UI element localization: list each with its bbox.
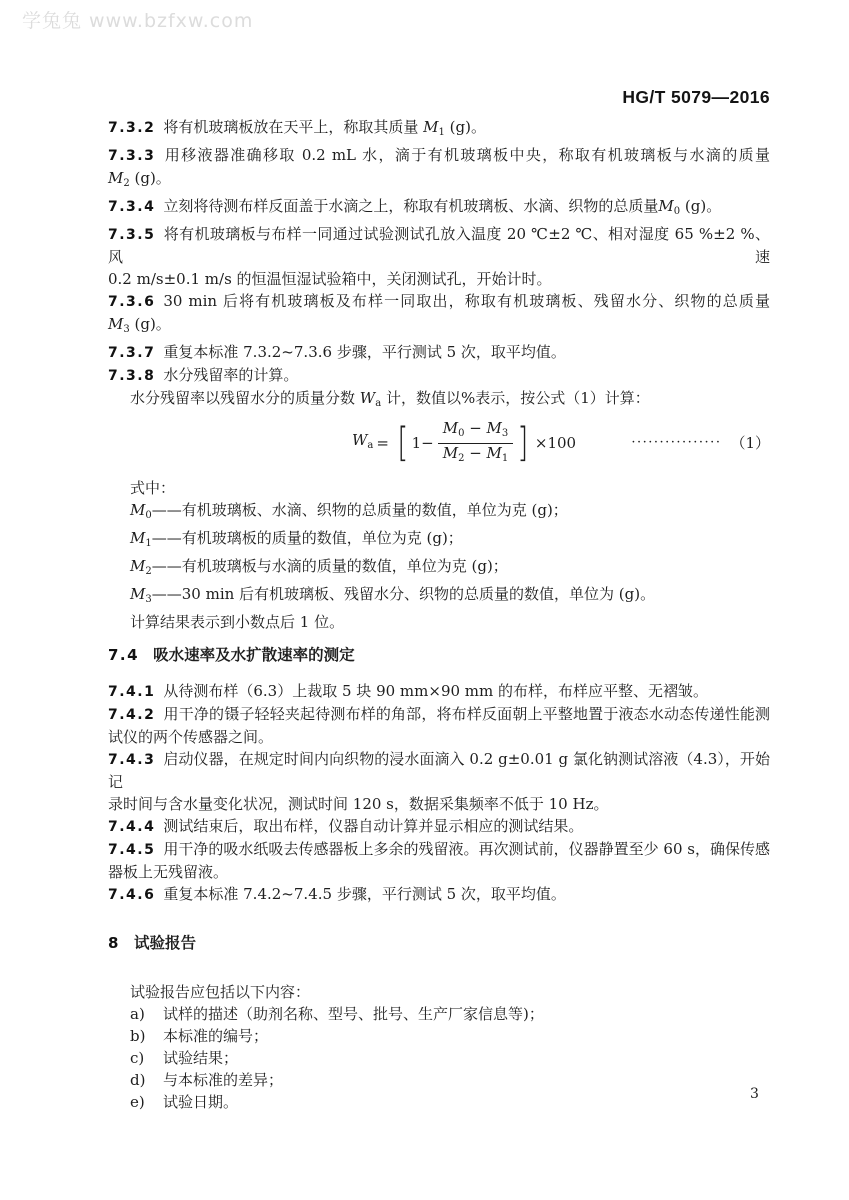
- clause-text: 从待测布样（6.3）上裁取 5 块 90 mm×90 mm 的布样，布样应平整、…: [163, 682, 708, 700]
- equation-number: （1）: [730, 432, 770, 454]
- page-number: 3: [750, 1086, 759, 1102]
- clause-number: 7.3.2: [108, 117, 155, 139]
- list-marker: d): [130, 1069, 163, 1091]
- section-title: 吸水速率及水扩散速率的测定: [153, 645, 355, 664]
- list-marker: b): [130, 1025, 163, 1047]
- clause-text: 立刻将待测布样反面盖于水滴之上，称取有机玻璃板、水滴、织物的总质量M0 (g)。: [163, 197, 721, 215]
- symbol: M2: [130, 557, 152, 575]
- document-body: 7.3.2将有机玻璃板放在天平上，称取其质量 M1 (g)。7.3.3用移液器准…: [108, 116, 770, 1113]
- clause-row: 7.4.6重复本标准 7.4.2~7.4.5 步骤，平行测试 5 次，取平均值。: [108, 883, 770, 906]
- clause-number: 7.4.2: [108, 704, 155, 726]
- clause-row: 7.3.630 min 后将有机玻璃板及布样一同取出，称取有机玻璃板、残留水分、…: [108, 290, 770, 313]
- clause-row: 7.4.5用干净的吸水纸吸去传感器板上多余的残留液。再次测试前，仪器静置至少 6…: [108, 838, 770, 861]
- clause-continuation: M3 (g)。: [108, 313, 770, 341]
- clause-text: 0.2 m/s±0.1 m/s 的恒温恒湿试验箱中，关闭测试孔，开始计时。: [108, 270, 552, 288]
- clause-row: 7.3.3用移液器准确移取 0.2 mL 水，滴于有机玻璃板中央，称取有机玻璃板…: [108, 144, 770, 167]
- clause-continuation: 器板上无残留液。: [108, 861, 770, 883]
- math-variable: M2: [108, 169, 130, 187]
- clause-row: 7.3.2将有机玻璃板放在天平上，称取其质量 M1 (g)。: [108, 116, 770, 144]
- clause-number: 7.4.6: [108, 884, 155, 906]
- times-100: ×100: [535, 432, 576, 454]
- clause-row: 7.3.7重复本标准 7.3.2~7.3.6 步骤，平行测试 5 次，取平均值。: [108, 341, 770, 364]
- section-title: 试验报告: [134, 933, 196, 952]
- right-bracket: ]: [518, 423, 529, 463]
- list-item: a)试样的描述（助剂名称、型号、批号、生产厂家信息等)；: [108, 1003, 770, 1025]
- clause-row: 7.4.2用干净的镊子轻轻夹起待测布样的角部，将布样反面朝上平整地置于液态水动态…: [108, 703, 770, 726]
- formula-block: Wa=[1−M0 − M3M2 − M1]×100···············…: [108, 415, 770, 471]
- clause-text: M2 (g)。: [108, 169, 171, 187]
- paragraph: 计算结果表示到小数点后 1 位。: [108, 611, 770, 633]
- clause-text: 用干净的镊子轻轻夹起待测布样的角部，将布样反面朝上平整地置于液态水动态传递性能测: [163, 705, 770, 723]
- math-variable: M0: [658, 197, 680, 215]
- equals-sign: =: [376, 432, 389, 454]
- symbol-description: ——有机玻璃板、水滴、织物的总质量的数值，单位为克 (g)；: [152, 501, 568, 519]
- paragraph: 水分残留率以残留水分的质量分数 Wa 计，数值以%表示，按公式（1）计算：: [108, 387, 770, 415]
- clause-row: 7.3.4立刻将待测布样反面盖于水滴之上，称取有机玻璃板、水滴、织物的总质量M0…: [108, 195, 770, 223]
- math-variable: M3: [130, 585, 152, 603]
- document-page: 学兔兔 www.bzfxw.com HG/T 5079—2016 7.3.2将有…: [0, 0, 849, 1200]
- watermark: 学兔兔 www.bzfxw.com: [22, 6, 253, 33]
- clause-text: 将有机玻璃板与布样一同通过试验测试孔放入温度 20 ℃±2 ℃、相对湿度 65 …: [108, 225, 770, 266]
- list-text: 试验日期。: [163, 1093, 238, 1111]
- one-minus: 1−: [412, 432, 434, 454]
- list-text: 试样的描述（助剂名称、型号、批号、生产厂家信息等)；: [163, 1005, 544, 1023]
- math-variable: M1: [423, 118, 445, 136]
- dot-leader: ················: [631, 432, 721, 454]
- section-number: 7.4: [108, 644, 139, 666]
- clause-continuation: M2 (g)。: [108, 167, 770, 195]
- clause-text: 启动仪器，在规定时间内向织物的浸水面滴入 0.2 g±0.01 g 氯化钠测试溶…: [108, 750, 770, 791]
- equation: Wa=[1−M0 − M3M2 − M1]×100: [352, 419, 576, 468]
- list-item: d)与本标准的差异；: [108, 1069, 770, 1091]
- clause-number: 7.3.7: [108, 342, 155, 364]
- denominator: M2 − M1: [438, 444, 514, 468]
- clause-continuation: 试仪的两个传感器之间。: [108, 726, 770, 748]
- paragraph: 式中：: [108, 477, 770, 499]
- clause-number: 7.3.8: [108, 365, 155, 387]
- symbol: M1: [130, 529, 152, 547]
- symbol-description: ——有机玻璃板与水滴的质量的数值，单位为克 (g)；: [152, 557, 508, 575]
- clause-text: 重复本标准 7.3.2~7.3.6 步骤，平行测试 5 次，取平均值。: [163, 343, 566, 361]
- list-marker: e): [130, 1091, 163, 1113]
- section-heading: 7.4吸水速率及水扩散速率的测定: [108, 644, 770, 666]
- clause-text: 器板上无残留液。: [108, 863, 228, 881]
- clause-text: 30 min 后将有机玻璃板及布样一同取出，称取有机玻璃板、残留水分、织物的总质…: [163, 292, 770, 310]
- math-variable: M0: [443, 419, 465, 437]
- clause-continuation: 录时间与含水量变化状况，测试时间 120 s，数据采集频率不低于 10 Hz。: [108, 793, 770, 815]
- clause-text: 用干净的吸水纸吸去传感器板上多余的残留液。再次测试前，仪器静置至少 60 s，确…: [163, 840, 770, 858]
- symbol-definition: M2——有机玻璃板与水滴的质量的数值，单位为克 (g)；: [108, 555, 770, 583]
- numerator: M0 − M3: [438, 419, 514, 444]
- list-item: b)本标准的编号；: [108, 1025, 770, 1047]
- math-variable: M3: [487, 419, 509, 437]
- clause-continuation: 0.2 m/s±0.1 m/s 的恒温恒湿试验箱中，关闭测试孔，开始计时。: [108, 268, 770, 290]
- clause-text: 测试结束后，取出布样，仪器自动计算并显示相应的测试结果。: [163, 817, 583, 835]
- clause-text: 试仪的两个传感器之间。: [108, 728, 273, 746]
- symbol-definition: M1——有机玻璃板的质量的数值，单位为克 (g)；: [108, 527, 770, 555]
- clause-number: 7.4.3: [108, 749, 155, 771]
- symbol-description: ——30 min 后有机玻璃板、残留水分、织物的总质量的数值，单位为 (g)。: [152, 585, 655, 603]
- list-text: 本标准的编号；: [163, 1027, 268, 1045]
- clause-text: 水分残留率的计算。: [163, 366, 298, 384]
- clause-number: 7.4.1: [108, 681, 155, 703]
- list-marker: a): [130, 1003, 163, 1025]
- clause-number: 7.3.4: [108, 196, 155, 218]
- clause-text: 将有机玻璃板放在天平上，称取其质量 M1 (g)。: [163, 118, 486, 136]
- clause-row: 7.4.1从待测布样（6.3）上裁取 5 块 90 mm×90 mm 的布样，布…: [108, 680, 770, 703]
- symbol: M3: [130, 585, 152, 603]
- symbol: M0: [130, 501, 152, 519]
- symbol-definition: M3——30 min 后有机玻璃板、残留水分、织物的总质量的数值，单位为 (g)…: [108, 583, 770, 611]
- formula-lhs: Wa: [352, 429, 373, 457]
- standard-number: HG/T 5079—2016: [622, 87, 770, 108]
- symbol-description: ——有机玻璃板的质量的数值，单位为克 (g)；: [152, 529, 463, 547]
- clause-number: 7.4.4: [108, 816, 155, 838]
- list-text: 试验结果；: [163, 1049, 238, 1067]
- clause-number: 7.3.6: [108, 291, 155, 313]
- clause-row: 7.4.3启动仪器，在规定时间内向织物的浸水面滴入 0.2 g±0.01 g 氯…: [108, 748, 770, 793]
- clause-row: 7.3.8水分残留率的计算。: [108, 364, 770, 387]
- math-variable: Wa: [360, 389, 381, 407]
- clause-number: 7.3.5: [108, 224, 155, 246]
- clause-text: 用移液器准确移取 0.2 mL 水，滴于有机玻璃板中央，称取有机玻璃板与水滴的质…: [163, 146, 770, 164]
- math-variable: M2: [443, 444, 465, 462]
- symbol-definition: M0——有机玻璃板、水滴、织物的总质量的数值，单位为克 (g)；: [108, 499, 770, 527]
- left-bracket: [: [397, 423, 408, 463]
- section-number: 8: [108, 932, 120, 954]
- paragraph: 试验报告应包括以下内容：: [108, 981, 770, 1003]
- math-variable: M3: [108, 315, 130, 333]
- list-text: 与本标准的差异；: [163, 1071, 283, 1089]
- clause-text: M3 (g)。: [108, 315, 171, 333]
- clause-row: 7.3.5将有机玻璃板与布样一同通过试验测试孔放入温度 20 ℃±2 ℃、相对湿…: [108, 223, 770, 268]
- list-item: c)试验结果；: [108, 1047, 770, 1069]
- section-heading: 8试验报告: [108, 932, 770, 954]
- clause-number: 7.3.3: [108, 145, 155, 167]
- clause-number: 7.4.5: [108, 839, 155, 861]
- math-variable: M1: [130, 529, 152, 547]
- math-variable: M1: [487, 444, 509, 462]
- clause-text: 重复本标准 7.4.2~7.4.5 步骤，平行测试 5 次，取平均值。: [163, 885, 566, 903]
- clause-text: 录时间与含水量变化状况，测试时间 120 s，数据采集频率不低于 10 Hz。: [108, 795, 608, 813]
- clause-row: 7.4.4测试结束后，取出布样，仪器自动计算并显示相应的测试结果。: [108, 815, 770, 838]
- math-variable: M0: [130, 501, 152, 519]
- list-item: e)试验日期。: [108, 1091, 770, 1113]
- math-variable: Wa: [352, 431, 373, 449]
- list-marker: c): [130, 1047, 163, 1069]
- math-variable: M2: [130, 557, 152, 575]
- fraction: M0 − M3M2 − M1: [438, 419, 514, 468]
